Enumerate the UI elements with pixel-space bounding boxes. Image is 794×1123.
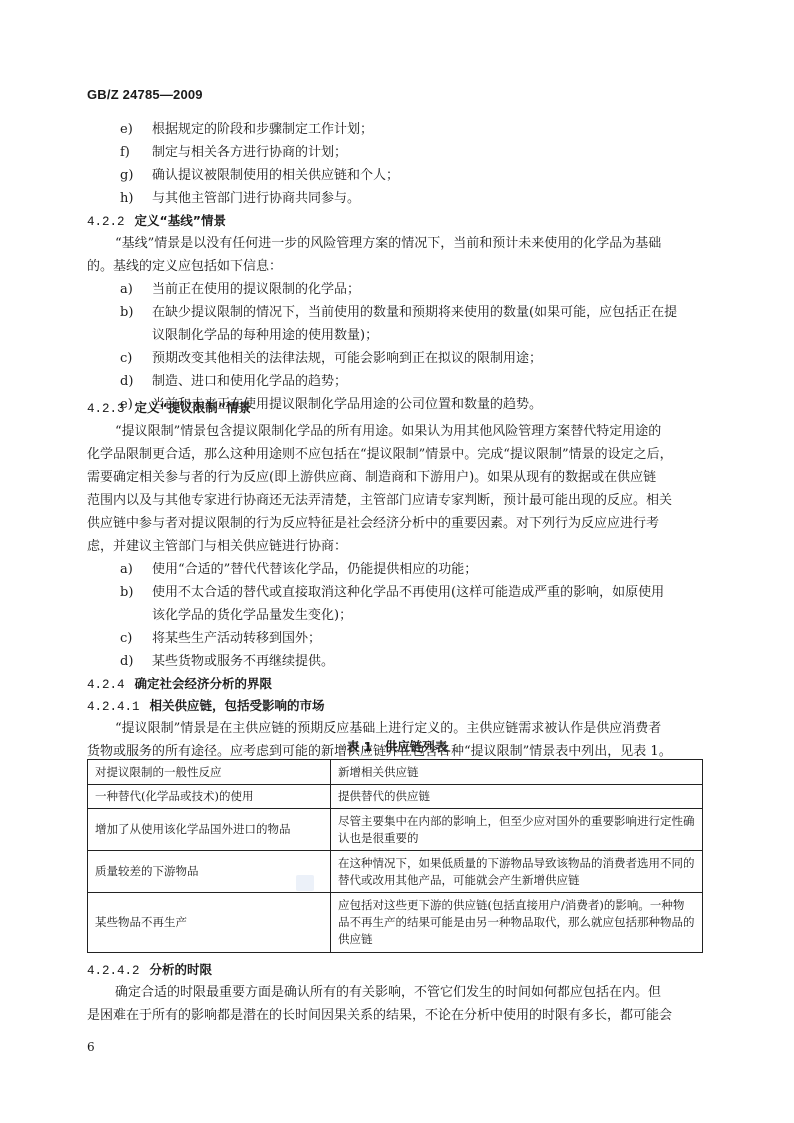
table-cell: 在这种情况下，如果低质量的下游物品导致该物品的消费者选用不同的替代或改用其他产品… bbox=[331, 851, 703, 893]
paragraph-line: 是困难在于所有的影响都是潜在的长时间因果关系的结果，不论在分析中使用的时限有多长… bbox=[87, 1008, 672, 1024]
table-cell: 一种替代(化学品或技术)的使用 bbox=[88, 785, 331, 809]
table-row: 增加了从使用该化学品国外进口的物品 尽管主要集中在内部的影响上，但至少应对国外的… bbox=[88, 809, 703, 851]
page-number: 6 bbox=[87, 1040, 95, 1054]
list-item: a)使用“合适的”替代代替该化学品，仍能提供相应的功能； bbox=[120, 562, 477, 578]
table-cell: 某些物品不再生产 bbox=[88, 893, 331, 953]
list-item-continuation: 该化学品的货化学品量发生变化)； bbox=[152, 608, 352, 624]
watermark-logo-icon bbox=[296, 875, 314, 891]
section-heading-4-2-3: 4.2.3定义“提议限制”情景 bbox=[87, 400, 251, 417]
section-heading-4-2-4-2: 4.2.4.2分析的时限 bbox=[87, 962, 212, 979]
table-header-cell: 对提议限制的一般性反应 bbox=[88, 760, 331, 785]
list-item-continuation: 议限制化学品的每种用途的使用数量)； bbox=[152, 328, 378, 344]
section-heading-4-2-2: 4.2.2定义“基线”情景 bbox=[87, 213, 226, 230]
table-header-row: 对提议限制的一般性反应 新增相关供应链 bbox=[88, 760, 703, 785]
table-row: 某些物品不再生产 应包括对这些更下游的供应链(包括直接用户/消费者)的影响。一种… bbox=[88, 893, 703, 953]
paragraph-line: 范围内以及与其他专家进行协商还无法弄清楚，主管部门应请专家判断，预计最可能出现的… bbox=[87, 493, 672, 509]
paragraph-line: 需要确定相关参与者的行为反应(即上游供应商、制造商和下游用户)。如果从现有的数据… bbox=[87, 470, 656, 486]
table-header-cell: 新增相关供应链 bbox=[331, 760, 703, 785]
paragraph-line: “基线”情景是以没有任何进一步的风险管理方案的情况下，当前和预计未来使用的化学品… bbox=[115, 236, 661, 252]
table-caption: 表 1 供应链列表 bbox=[0, 737, 794, 755]
list-item: d)制造、进口和使用化学品的趋势； bbox=[120, 374, 347, 390]
list-item: d)某些货物或服务不再继续提供。 bbox=[120, 654, 334, 670]
list-item: c)预期改变其他相关的法律法规，可能会影响到正在拟议的限制用途； bbox=[120, 351, 542, 367]
paragraph-line: “提议限制”情景包含提议限制化学品的所有用途。如果认为用其他风险管理方案替代特定… bbox=[115, 424, 661, 440]
list-item: b)使用不太合适的替代或直接取消这种化学品不再使用(这样可能造成严重的影响，如原… bbox=[120, 585, 664, 601]
table-cell: 质量较差的下游物品 bbox=[88, 851, 331, 893]
list-item: b)在缺少提议限制的情况下，当前使用的数量和预期将来使用的数量(如果可能，应包括… bbox=[120, 305, 677, 321]
section-heading-4-2-4: 4.2.4确定社会经济分析的界限 bbox=[87, 676, 272, 693]
paragraph-line: 化学品限制更合适，那么这种用途则不应包括在“提议限制”情景中。完成“提议限制”情… bbox=[87, 447, 673, 463]
list-item: a)当前正在使用的提议限制的化学品； bbox=[120, 282, 360, 298]
section-heading-4-2-4-1: 4.2.4.1相关供应链，包括受影响的市场 bbox=[87, 698, 325, 715]
list-item: c)将某些生产活动转移到国外； bbox=[120, 631, 321, 647]
paragraph-line: 的。基线的定义应包括如下信息： bbox=[87, 259, 282, 275]
table-cell: 增加了从使用该化学品国外进口的物品 bbox=[88, 809, 331, 851]
table-row: 一种替代(化学品或技术)的使用 提供替代的供应链 bbox=[88, 785, 703, 809]
table-row: 质量较差的下游物品 在这种情况下，如果低质量的下游物品导致该物品的消费者选用不同… bbox=[88, 851, 703, 893]
table-cell: 尽管主要集中在内部的影响上，但至少应对国外的重要影响进行定性确认也是很重要的 bbox=[331, 809, 703, 851]
paragraph-line: 供应链中参与者对提议限制的行为反应特征是社会经济分析中的重要因素。对下列行为反应… bbox=[87, 516, 659, 532]
paragraph-line: 确定合适的时限最重要方面是确认所有的有关影响，不管它们发生的时间如何都应包括在内… bbox=[115, 985, 661, 1001]
list-item: e)根据规定的阶段和步骤制定工作计划； bbox=[120, 122, 373, 138]
table-cell: 应包括对这些更下游的供应链(包括直接用户/消费者)的影响。一种物品不再生产的结果… bbox=[331, 893, 703, 953]
list-item: h)与其他主管部门进行协商共同参与。 bbox=[120, 191, 360, 207]
table-cell: 提供替代的供应链 bbox=[331, 785, 703, 809]
paragraph-line: 虑，并建议主管部门与相关供应链进行协商： bbox=[87, 539, 347, 555]
supply-chain-table: 对提议限制的一般性反应 新增相关供应链 一种替代(化学品或技术)的使用 提供替代… bbox=[87, 759, 703, 953]
standard-code-header: GB/Z 24785—2009 bbox=[87, 87, 203, 102]
list-item: g)确认提议被限制使用的相关供应链和个人； bbox=[120, 168, 399, 184]
list-item: f)制定与相关各方进行协商的计划； bbox=[120, 145, 347, 161]
paragraph-line: “提议限制”情景是在主供应链的预期反应基础上进行定义的。主供应链需求被认作是供应… bbox=[115, 721, 661, 737]
